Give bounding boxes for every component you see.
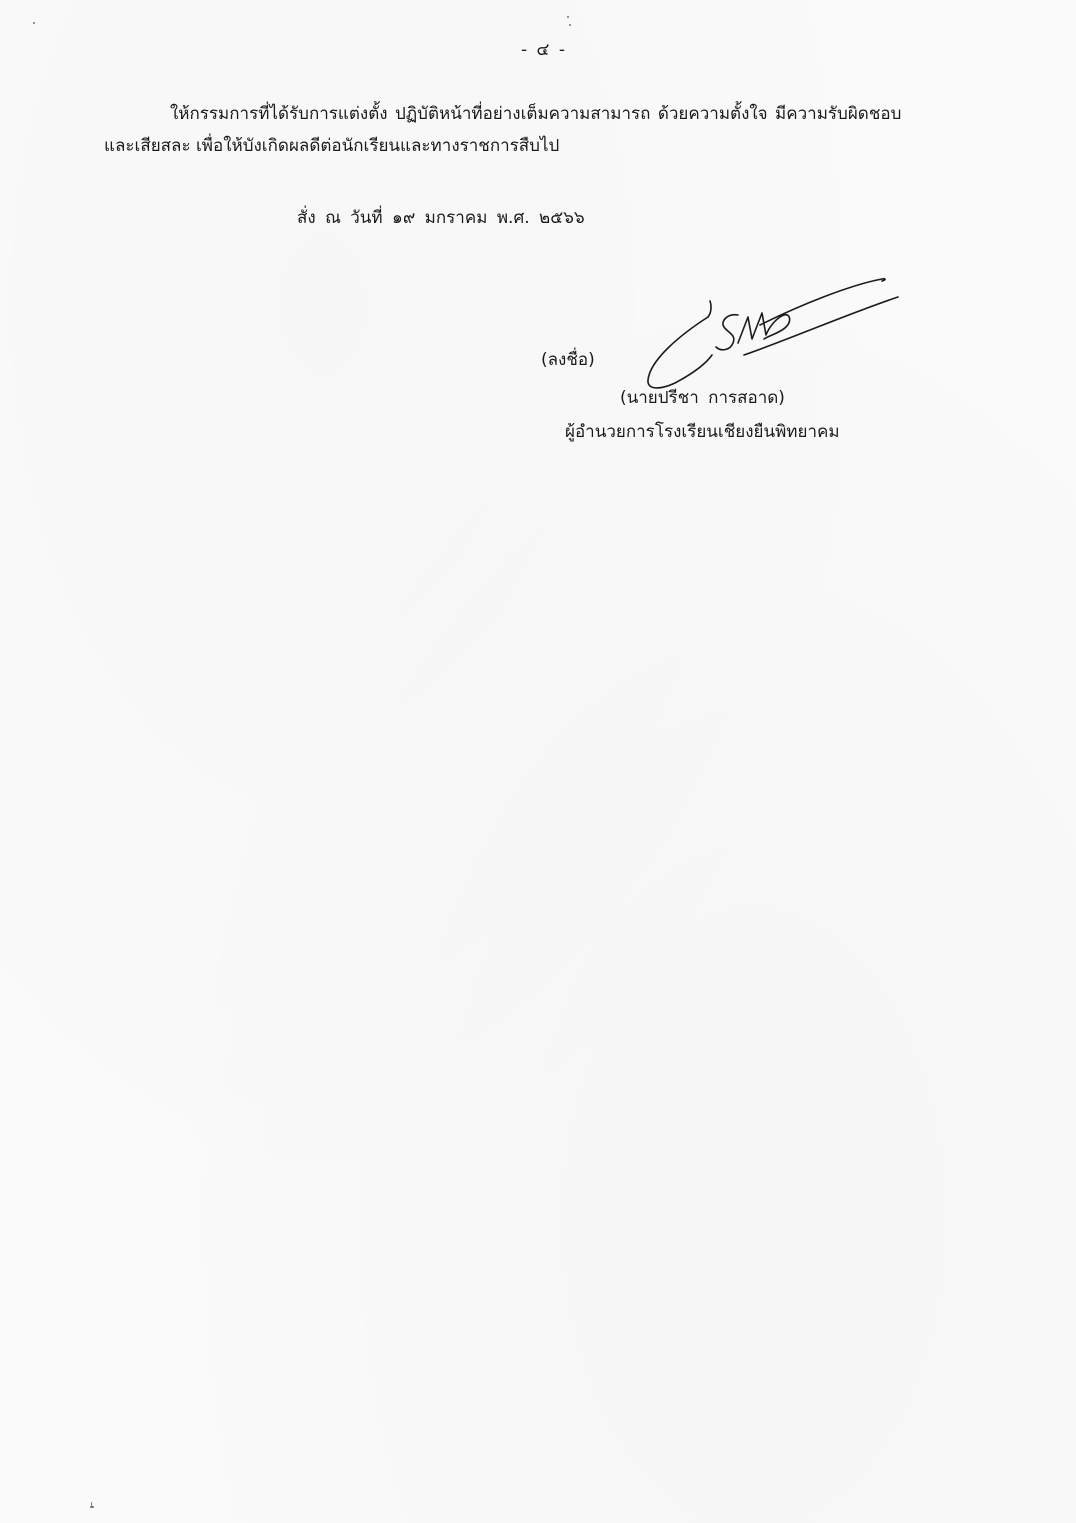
body-paragraph-line-1: ให้กรรมการที่ได้รับการแต่งตั้ง ปฏิบัติหน… (170, 98, 901, 130)
scan-speck (90, 1506, 94, 1508)
scan-speck (567, 16, 569, 18)
order-date: สั่ง ณ วันที่ ๑๙ มกราคม พ.ศ. ๒๕๖๖ (297, 204, 585, 231)
page-number: - ๔ - (0, 36, 1076, 63)
document-page: - ๔ - ให้กรรมการที่ได้รับการแต่งตั้ง ปฏิ… (0, 0, 1076, 1523)
handwritten-signature-icon (620, 255, 910, 405)
signed-label: (ลงชื่อ) (541, 346, 595, 373)
signer-name: (นายปรีชา การสอาด) (620, 384, 785, 411)
signer-title: ผู้อำนวยการโรงเรียนเชียงยืนพิทยาคม (565, 418, 840, 445)
scan-speck (33, 22, 35, 24)
body-paragraph-line-2: และเสียสละ เพื่อให้บังเกิดผลดีต่อนักเรีย… (104, 130, 559, 162)
scan-speck (569, 24, 571, 26)
scan-speck (91, 1502, 92, 1506)
